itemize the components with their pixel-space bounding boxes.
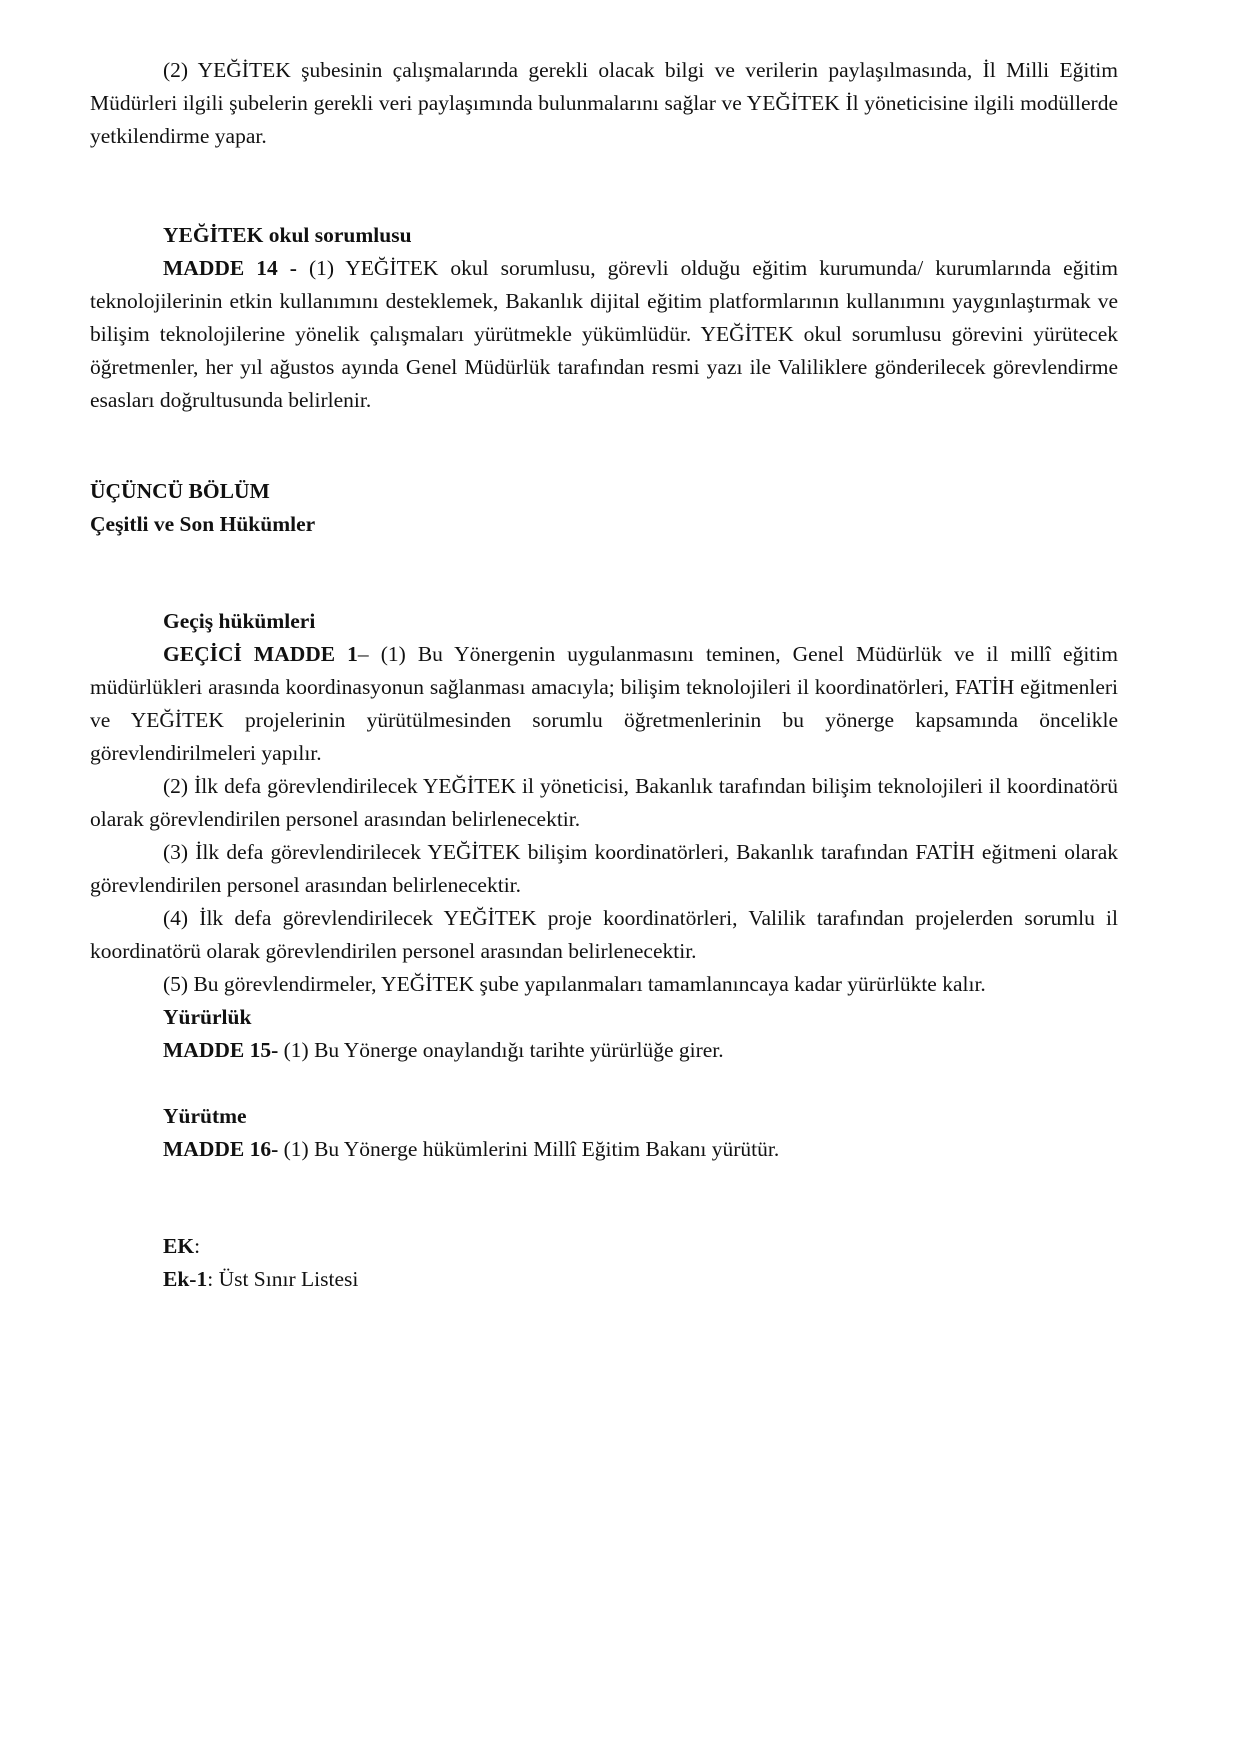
article14-heading: YEĞİTEK okul sorumlusu: [90, 219, 1118, 252]
section-title: ÜÇÜNCÜ BÖLÜM: [90, 475, 1118, 508]
spacer: [90, 1166, 1118, 1230]
article16-label: MADDE 16-: [163, 1137, 278, 1161]
annex-item-text: : Üst Sınır Listesi: [207, 1267, 358, 1291]
spacer: [90, 417, 1118, 475]
document-page: (2) YEĞİTEK şubesinin çalışmalarında ger…: [90, 54, 1118, 1296]
transitional-label: GEÇİCİ MADDE 1: [163, 642, 358, 666]
article16-paragraph: MADDE 16- (1) Bu Yönerge hükümlerini Mil…: [90, 1133, 1118, 1166]
article16-text: (1) Bu Yönerge hükümlerini Millî Eğitim …: [278, 1137, 779, 1161]
article16-heading: Yürütme: [90, 1100, 1118, 1133]
article15-text: (1) Bu Yönerge onaylandığı tarihte yürür…: [278, 1038, 723, 1062]
article14-paragraph: MADDE 14 - (1) YEĞİTEK okul sorumlusu, g…: [90, 252, 1118, 417]
spacer: [90, 1067, 1118, 1100]
article14-label: MADDE 14 -: [163, 256, 297, 280]
article15-heading: Yürürlük: [90, 1001, 1118, 1034]
annex-label-suffix: :: [194, 1234, 200, 1258]
article15-paragraph: MADDE 15- (1) Bu Yönerge onaylandığı tar…: [90, 1034, 1118, 1067]
annex-heading: EK:: [90, 1230, 1118, 1263]
annex-item: Ek-1: Üst Sınır Listesi: [90, 1263, 1118, 1296]
intro-paragraph: (2) YEĞİTEK şubesinin çalışmalarında ger…: [90, 54, 1118, 153]
article15-label: MADDE 15-: [163, 1038, 278, 1062]
transitional-paragraph-5: (5) Bu görevlendirmeler, YEĞİTEK şube ya…: [90, 968, 1118, 1001]
spacer: [90, 541, 1118, 605]
spacer: [90, 153, 1118, 219]
annex-label: EK: [163, 1234, 194, 1258]
transitional-paragraph-2: (2) İlk defa görevlendirilecek YEĞİTEK i…: [90, 770, 1118, 836]
transitional-paragraph-1: GEÇİCİ MADDE 1– (1) Bu Yönergenin uygula…: [90, 638, 1118, 770]
transitional-paragraph-3: (3) İlk defa görevlendirilecek YEĞİTEK b…: [90, 836, 1118, 902]
section-subtitle: Çeşitli ve Son Hükümler: [90, 508, 1118, 541]
annex-item-label: Ek-1: [163, 1267, 207, 1291]
transitional-paragraph-4: (4) İlk defa görevlendirilecek YEĞİTEK p…: [90, 902, 1118, 968]
transitional-heading: Geçiş hükümleri: [90, 605, 1118, 638]
